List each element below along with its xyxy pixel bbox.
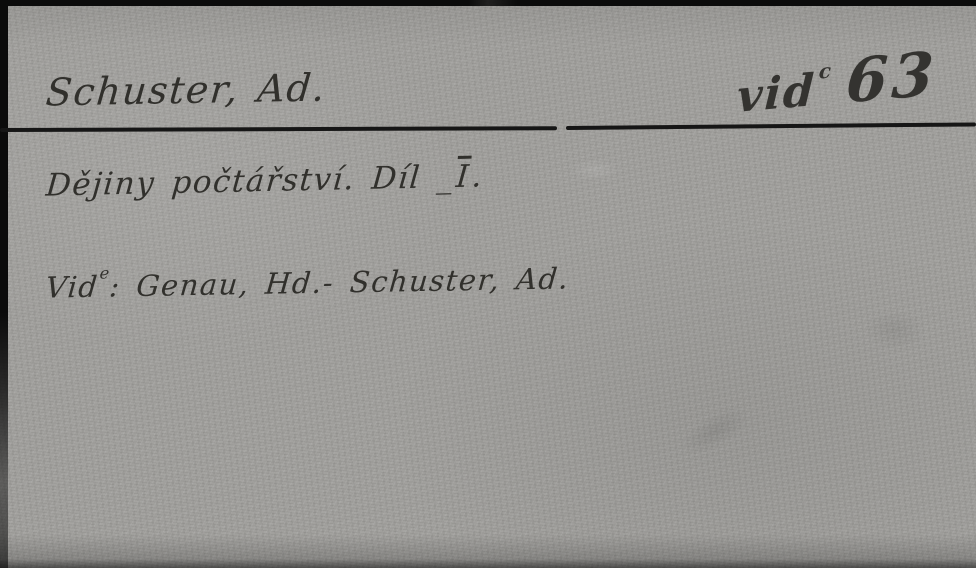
scan-edge-top: [0, 0, 976, 6]
author-heading-text: Schuster, Ad.: [44, 66, 328, 115]
paper-smudge: [850, 300, 940, 360]
scan-edge-bottom: [0, 559, 976, 568]
shelfmark-word: vid: [736, 65, 817, 123]
shelfmark-abbreviation-mark: c: [818, 58, 833, 83]
shelfmark: vidc63: [736, 39, 940, 127]
scan-edge-left: [0, 0, 8, 568]
paper-smudge: [656, 384, 774, 479]
heading-rule-left-stroke: [0, 126, 557, 131]
title-end-punctuation: .: [470, 158, 484, 194]
shelfmark-number: 63: [844, 39, 939, 118]
cross-reference-word: Vid: [44, 270, 100, 305]
library-catalog-card: Schuster, Ad. vidc63 Dějiny počtářství. …: [0, 0, 976, 568]
cross-reference-line: Vide: Genau, Hd.- Schuster, Ad.: [44, 255, 571, 304]
cross-reference-text: : Genau, Hd.- Schuster, Ad.: [108, 261, 571, 303]
heading-rule-right-stroke: [566, 122, 976, 129]
author-heading: Schuster, Ad.: [44, 66, 328, 115]
paper-smudge: [560, 155, 630, 185]
title-text: Dějiny počtářství. Díl _: [45, 159, 456, 204]
title-line: Dějiny počtářství. Díl _I.: [45, 158, 485, 203]
